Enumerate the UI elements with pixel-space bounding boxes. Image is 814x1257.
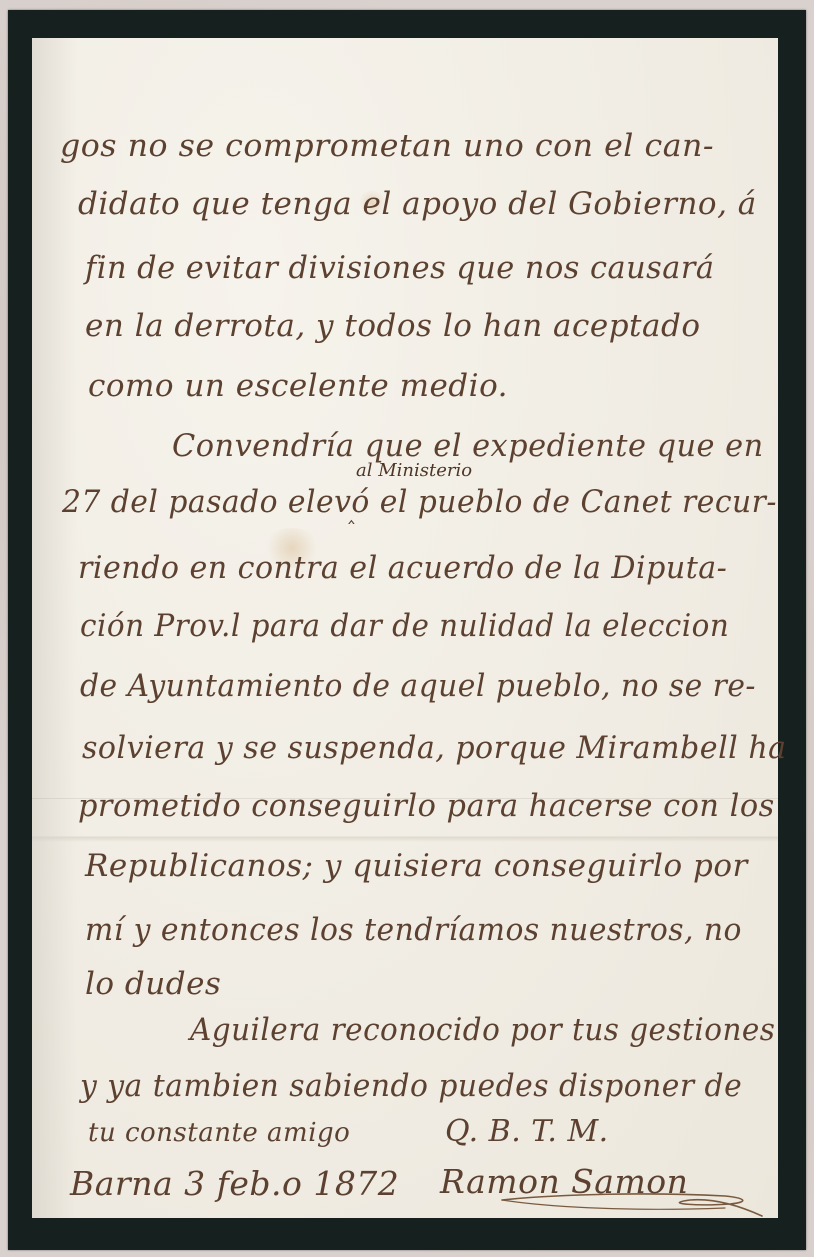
letter-line-11: solviera y se suspenda, porque Mirambell… (82, 730, 787, 766)
letter-line-2: didato que tenga el apoyo del Gobierno, … (78, 186, 757, 222)
interlinear-insertion: al Ministerio (356, 460, 472, 481)
letter-line-8: riendo en contra el acuerdo de la Diputa… (78, 550, 727, 586)
letter-line-9: ción Prov.l para dar de nulidad la elecc… (80, 608, 729, 644)
closing-abbreviation: Q. B. T. M. (445, 1114, 609, 1149)
letter-line-12: prometido conseguirlo para hacerse con l… (78, 788, 775, 824)
place-and-date: Barna 3 feb.o 1872 (70, 1164, 399, 1203)
letter-line-3: fin de evitar divisiones que nos causará (85, 250, 714, 286)
letter-line-5: como un escelente medio. (88, 368, 508, 404)
signature-flourish-icon (500, 1190, 765, 1218)
letter-line-16: Aguilera reconocido por tus gestiones (190, 1012, 775, 1048)
letter-line-15: lo dudes (85, 966, 221, 1002)
letter-line-6: Convendría que el expediente que en (172, 428, 764, 464)
letter-line-18: tu constante amigo (88, 1118, 350, 1148)
letter-line-10: de Ayuntamiento de aquel pueblo, no se r… (80, 668, 756, 704)
letter-line-1: gos no se comprometan uno con el can- (60, 128, 714, 164)
letter-line-13: Republicanos; y quisiera conseguirlo por (85, 848, 748, 884)
letter-line-7: 27 del pasado elevó el pueblo de Canet r… (62, 484, 777, 520)
letter-line-4: en la derrota, y todos lo han aceptado (85, 308, 701, 344)
letter-line-17: y ya tambien sabiendo puedes disponer de (80, 1068, 742, 1104)
letter-line-14: mí y entonces los tendríamos nuestros, n… (85, 912, 742, 948)
